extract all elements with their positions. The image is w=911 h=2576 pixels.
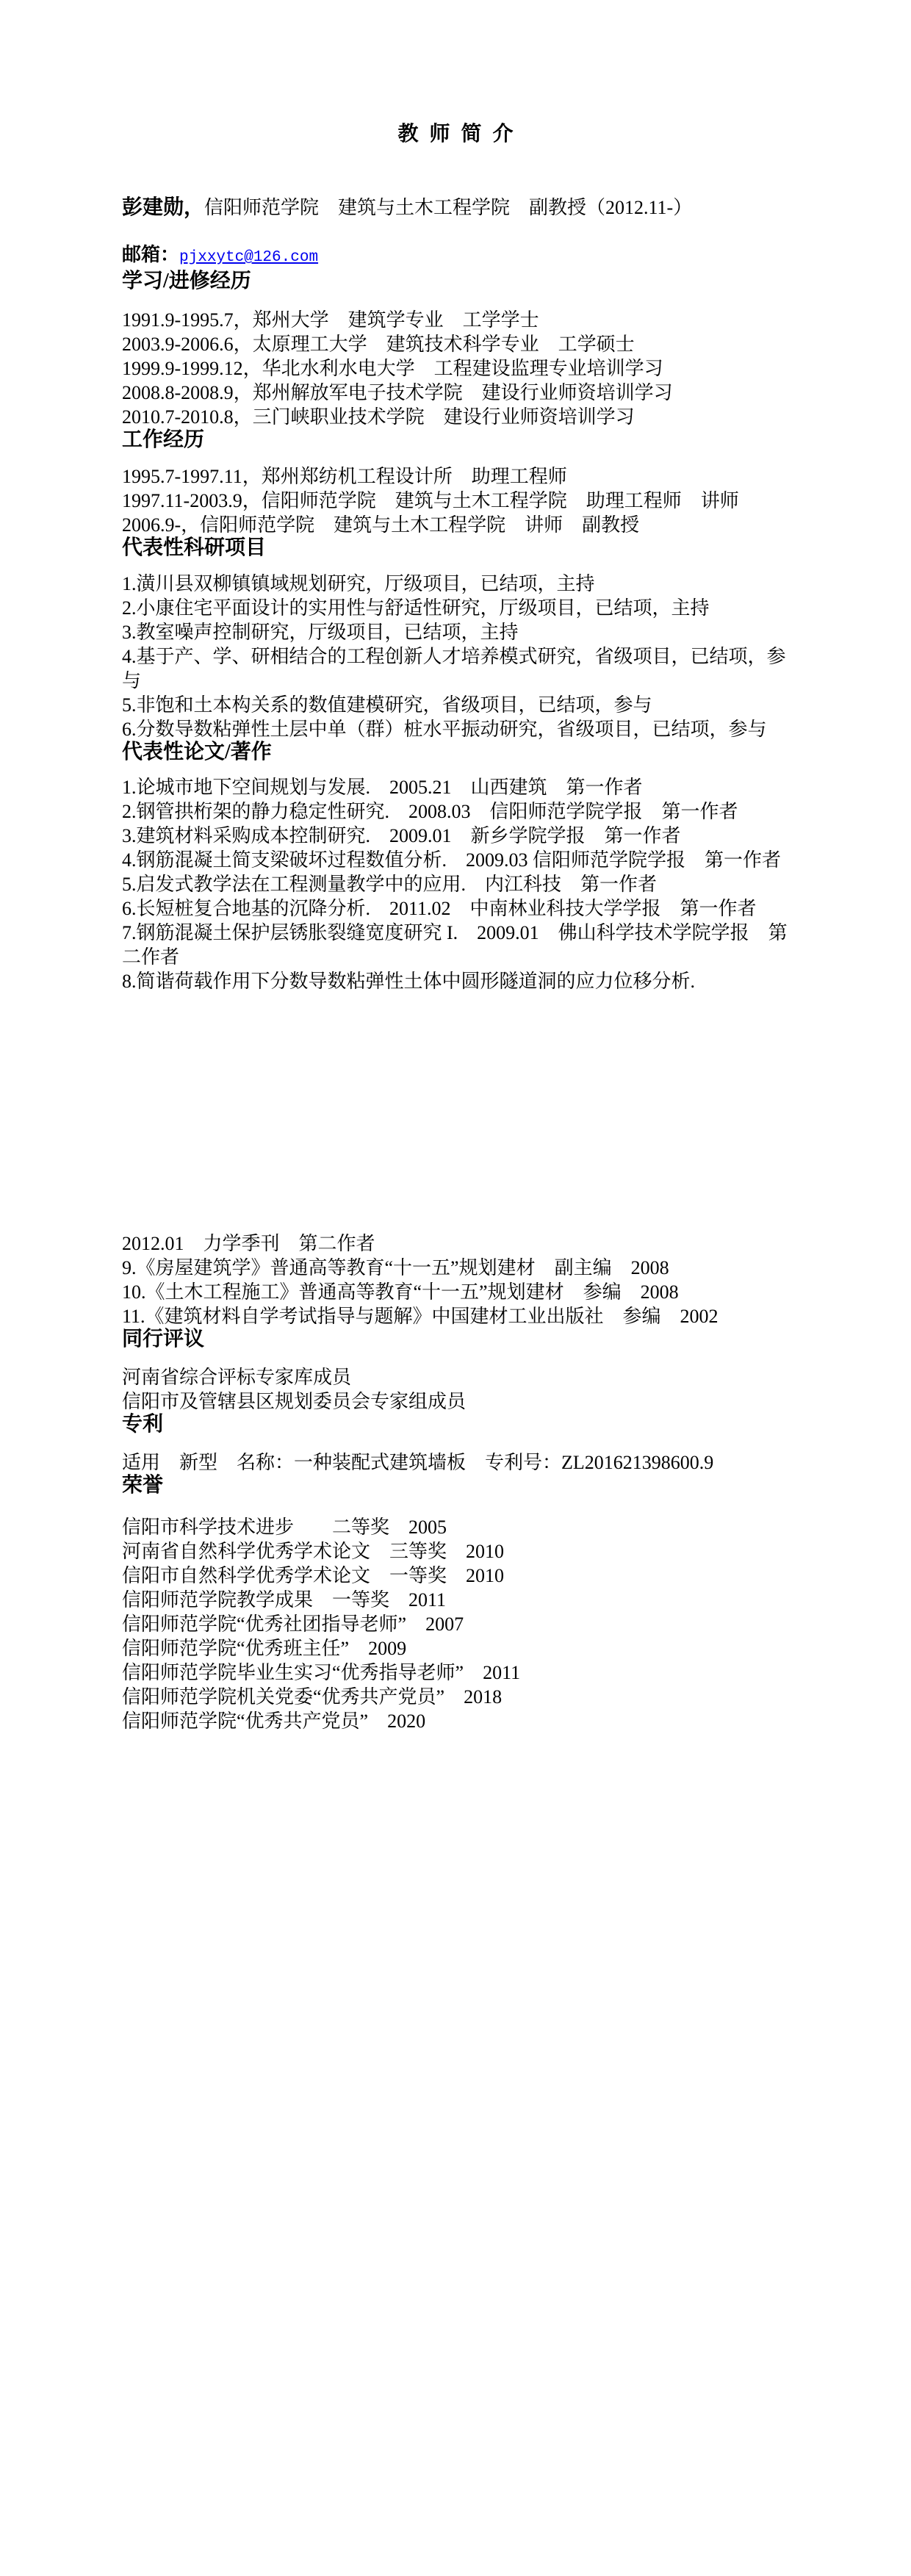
- research-project-item: 5.非饱和土本构关系的数值建模研究，省级项目，已结项，参与: [122, 693, 792, 717]
- paper-item: 11.《建筑材料自学考试指导与题解》中国建材工业出版社 参编 2002: [122, 1304, 792, 1328]
- honor-item: 信阳市自然科学优秀学术论文 一等奖 2010: [122, 1564, 792, 1588]
- honor-item: 信阳市科学技术进步 二等奖 2005: [122, 1515, 792, 1539]
- research-project-item: 1.潢川县双柳镇镇域规划研究，厅级项目，已结项，主持: [122, 572, 792, 596]
- paper-item: 4.钢筋混凝土简支梁破坏过程数值分析. 2009.03 信阳师范学院学报 第一作…: [122, 848, 792, 872]
- email-label: 邮箱：: [122, 244, 179, 265]
- honors-list: 信阳市科学技术进步 二等奖 2005河南省自然科学优秀学术论文 三等奖 2010…: [122, 1515, 792, 1733]
- paper-item: 5.启发式教学法在工程测量教学中的应用. 内江科技 第一作者: [122, 872, 792, 896]
- work-item: 2006.9-，信阳师范学院 建筑与土木工程学院 讲师 副教授: [122, 513, 792, 537]
- profile-affiliation: 信阳师范学院 建筑与土木工程学院 副教授（2012.11-）: [204, 197, 692, 218]
- section-heading-work: 工作经历: [122, 429, 792, 451]
- work-item: 1997.11-2003.9，信阳师范学院 建筑与土木工程学院 助理工程师 讲师: [122, 489, 792, 513]
- research-project-item: 2.小康住宅平面设计的实用性与舒适性研究，厅级项目，已结项，主持: [122, 596, 792, 620]
- profile-name: 彭建勋，: [122, 196, 204, 219]
- honor-item: 信阳师范学院“优秀社团指导老师” 2007: [122, 1612, 792, 1636]
- work-item: 1995.7-1997.11，郑州郑纺机工程设计所 助理工程师: [122, 464, 792, 489]
- research-project-list: 1.潢川县双柳镇镇域规划研究，厅级项目，已结项，主持2.小康住宅平面设计的实用性…: [122, 572, 792, 741]
- patent-item: 适用 新型 名称：一种装配式建筑墙板 专利号：ZL201621398600.9: [122, 1450, 792, 1475]
- research-project-item: 6.分数导数粘弹性土层中单（群）桩水平振动研究，省级项目，已结项，参与: [122, 717, 792, 741]
- education-item: 1991.9-1995.7，郑州大学 建筑学专业 工学学士: [122, 308, 792, 332]
- section-heading-peer-review: 同行评议: [122, 1328, 792, 1350]
- honor-item: 信阳师范学院“优秀班主任” 2009: [122, 1636, 792, 1661]
- page-title: 教 师 简 介: [122, 123, 792, 145]
- section-heading-papers: 代表性论文/著作: [122, 741, 792, 763]
- honor-item: 信阳师范学院教学成果 一等奖 2011: [122, 1588, 792, 1612]
- education-item: 2008.8-2008.9，郑州解放军电子技术学院 建设行业师资培训学习: [122, 381, 792, 405]
- paper-item: 6.长短桩复合地基的沉降分析. 2011.02 中南林业科技大学学报 第一作者: [122, 896, 792, 921]
- education-item: 2003.9-2006.6，太原理工大学 建筑技术科学专业 工学硕士: [122, 332, 792, 356]
- email-link[interactable]: pjxxytc@126.com: [179, 249, 318, 266]
- peer-review-list: 河南省综合评标专家库成员信阳市及管辖县区规划委员会专家组成员: [122, 1365, 792, 1414]
- peer-review-item: 信阳市及管辖县区规划委员会专家组成员: [122, 1389, 792, 1414]
- profile-byline: 彭建勋，信阳师范学院 建筑与土木工程学院 副教授（2012.11-）: [122, 195, 792, 220]
- paper-item: 2012.01 力学季刊 第二作者: [122, 1231, 792, 1256]
- section-heading-research: 代表性科研项目: [122, 537, 792, 559]
- paper-item: 3.建筑材料采购成本控制研究. 2009.01 新乡学院学报 第一作者: [122, 824, 792, 848]
- education-item: 1999.9-1999.12，华北水利水电大学 工程建设监理专业培训学习: [122, 356, 792, 381]
- peer-review-item: 河南省综合评标专家库成员: [122, 1365, 792, 1389]
- honor-item: 信阳师范学院机关党委“优秀共产党员” 2018: [122, 1685, 792, 1709]
- document-page: 教 师 简 介 彭建勋，信阳师范学院 建筑与土木工程学院 副教授（2012.11…: [0, 0, 792, 1733]
- paper-item: 10.《土木工程施工》普通高等教育“十一五”规划建材 参编 2008: [122, 1280, 792, 1304]
- paper-item: 2.钢管拱桁架的静力稳定性研究. 2008.03 信阳师范学院学报 第一作者: [122, 799, 792, 824]
- education-list: 1991.9-1995.7，郑州大学 建筑学专业 工学学士2003.9-2006…: [122, 308, 792, 429]
- honor-item: 信阳师范学院“优秀共产党员” 2020: [122, 1709, 792, 1733]
- paper-item: 8.简谐荷载作用下分数导数粘弹性土体中圆形隧道洞的应力位移分析.: [122, 969, 792, 993]
- papers-list-continuation: 2012.01 力学季刊 第二作者9.《房屋建筑学》普通高等教育“十一五”规划建…: [122, 1231, 792, 1328]
- email-row: 邮箱：pjxxytc@126.com: [122, 242, 792, 270]
- section-heading-patent: 专利: [122, 1414, 792, 1436]
- paper-item: 1.论城市地下空间规划与发展. 2005.21 山西建筑 第一作者: [122, 775, 792, 799]
- research-project-item: 3.教室噪声控制研究，厅级项目，已结项，主持: [122, 620, 792, 644]
- paper-item: 9.《房屋建筑学》普通高等教育“十一五”规划建材 副主编 2008: [122, 1256, 792, 1280]
- work-list: 1995.7-1997.11，郑州郑纺机工程设计所 助理工程师1997.11-2…: [122, 464, 792, 537]
- research-project-item: 4.基于产、学、研相结合的工程创新人才培养模式研究，省级项目，已结项，参与: [122, 644, 792, 693]
- honor-item: 信阳师范学院毕业生实习“优秀指导老师” 2011: [122, 1661, 792, 1685]
- education-item: 2010.7-2010.8，三门峡职业技术学院 建设行业师资培训学习: [122, 405, 792, 429]
- papers-list: 1.论城市地下空间规划与发展. 2005.21 山西建筑 第一作者2.钢管拱桁架…: [122, 775, 792, 993]
- section-heading-honors: 荣誉: [122, 1475, 792, 1497]
- section-heading-education: 学习/进修经历: [122, 270, 792, 292]
- paper-item: 7.钢筋混凝土保护层锈胀裂缝宽度研究 I. 2009.01 佛山科学技术学院学报…: [122, 921, 792, 969]
- patent-list: 适用 新型 名称：一种装配式建筑墙板 专利号：ZL201621398600.9: [122, 1450, 792, 1475]
- honor-item: 河南省自然科学优秀学术论文 三等奖 2010: [122, 1539, 792, 1564]
